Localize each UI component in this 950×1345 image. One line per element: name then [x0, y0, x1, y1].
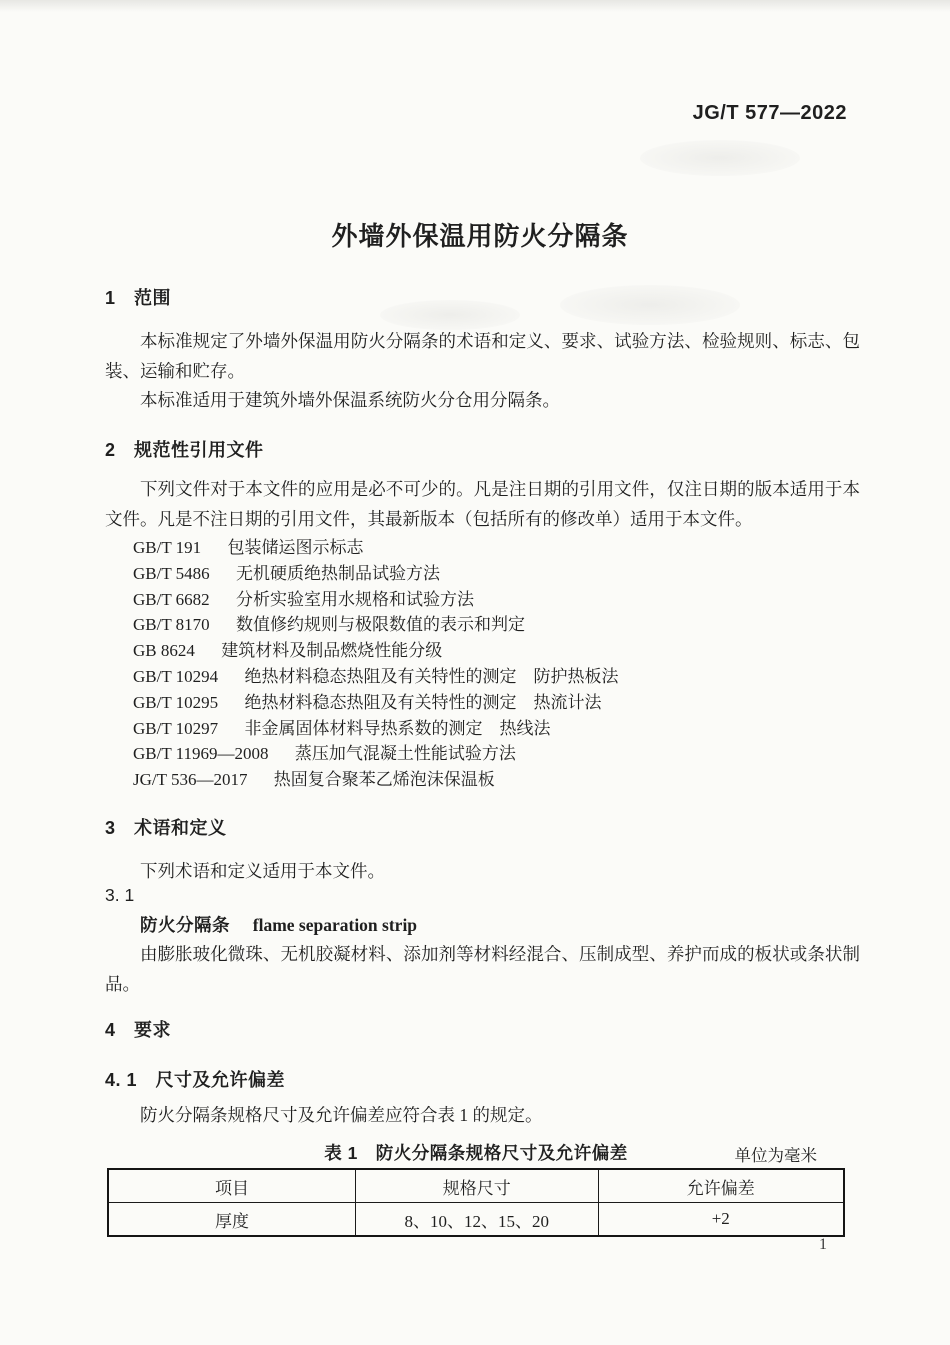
section-3-heading: 3 术语和定义	[105, 814, 227, 840]
spec-table: 项目 规格尺寸 允许偏差 厚度 8、10、12、15、20 +2	[107, 1168, 845, 1237]
page-number: 1	[105, 1236, 855, 1254]
reference-item: GB/T 8170数值修约规则与极限数值的表示和判定	[105, 612, 860, 638]
reference-item: GB/T 6682分析实验室用水规格和试验方法	[105, 587, 860, 613]
reference-code: GB/T 10294	[133, 667, 218, 686]
references-list: GB/T 191包装储运图示标志 GB/T 5486无机硬质绝热制品试验方法 G…	[105, 535, 860, 793]
reference-title: 无机硬质绝热制品试验方法	[236, 564, 440, 583]
document-page: JG/T 577—2022 外墙外保温用防火分隔条 1 范围 本标准规定了外墙外…	[0, 0, 950, 1345]
reference-title: 绝热材料稳态热阻及有关特性的测定 热流计法	[245, 693, 602, 712]
reference-code: GB/T 10297	[133, 719, 218, 738]
reference-code: GB 8624	[133, 641, 195, 660]
page-content: JG/T 577—2022 外墙外保温用防火分隔条 1 范围 本标准规定了外墙外…	[105, 0, 855, 1345]
section-2-paragraph-1: 下列文件对于本文件的应用是必不可少的。凡是注日期的引用文件，仅注日期的版本适用于…	[105, 475, 860, 534]
reference-code: GB/T 8170	[133, 615, 210, 634]
reference-title: 非金属固体材料导热系数的测定 热线法	[245, 719, 551, 738]
reference-title: 热固复合聚苯乙烯泡沫保温板	[274, 770, 495, 789]
reference-title: 数值修约规则与极限数值的表示和判定	[236, 615, 525, 634]
reference-title: 包装储运图示标志	[228, 538, 364, 557]
reference-title: 蒸压加气混凝土性能试验方法	[295, 744, 516, 763]
table-row: 厚度 8、10、12、15、20 +2	[108, 1203, 844, 1237]
clause-3-1-number: 3. 1	[105, 885, 134, 906]
term-definition: 由膨胀玻化微珠、无机胶凝材料、添加剂等材料经混合、压制成型、养护而成的板状或条状…	[105, 940, 860, 999]
term-chinese: 防火分隔条	[140, 915, 230, 935]
section-4-1-heading: 4. 1 尺寸及允许偏差	[105, 1066, 285, 1092]
reference-item: GB/T 5486无机硬质绝热制品试验方法	[105, 561, 860, 587]
reference-code: JG/T 536—2017	[133, 770, 247, 789]
reference-title: 绝热材料稳态热阻及有关特性的测定 防护热板法	[245, 667, 619, 686]
reference-item: GB 8624建筑材料及制品燃烧性能分级	[105, 638, 860, 664]
table-cell: 厚度	[108, 1203, 355, 1237]
reference-item: GB/T 10294绝热材料稳态热阻及有关特性的测定 防护热板法	[105, 664, 860, 690]
term-english: flame separation strip	[253, 915, 417, 935]
table-header-row: 项目 规格尺寸 允许偏差	[108, 1169, 844, 1203]
section-2-heading: 2 规范性引用文件	[105, 436, 264, 462]
section-3-paragraph-1: 下列术语和定义适用于本文件。	[105, 857, 860, 887]
reference-item: GB/T 191包装储运图示标志	[105, 535, 860, 561]
term-line: 防火分隔条flame separation strip	[105, 912, 417, 937]
table-header-cell: 规格尺寸	[355, 1169, 598, 1203]
table-1-caption-row: 表 1 防火分隔条规格尺寸及允许偏差 单位为毫米	[105, 1140, 847, 1166]
section-1-paragraph-1: 本标准规定了外墙外保温用防火分隔条的术语和定义、要求、试验方法、检验规则、标志、…	[105, 327, 860, 386]
reference-item: GB/T 10295绝热材料稳态热阻及有关特性的测定 热流计法	[105, 690, 860, 716]
reference-title: 建筑材料及制品燃烧性能分级	[221, 641, 442, 660]
doc-number: JG/T 577—2022	[105, 102, 855, 125]
section-1-paragraph-2: 本标准适用于建筑外墙外保温系统防火分仓用分隔条。	[105, 386, 860, 416]
reference-code: GB/T 6682	[133, 590, 210, 609]
table-cell: 8、10、12、15、20	[355, 1203, 598, 1237]
reference-code: GB/T 11969—2008	[133, 744, 269, 763]
table-header-cell: 项目	[108, 1169, 355, 1203]
table-unit-note: 单位为毫米	[735, 1142, 818, 1166]
document-title: 外墙外保温用防火分隔条	[105, 216, 855, 253]
reference-code: GB/T 191	[133, 538, 201, 557]
reference-item: GB/T 11969—2008蒸压加气混凝土性能试验方法	[105, 741, 860, 767]
reference-code: GB/T 10295	[133, 693, 218, 712]
reference-title: 分析实验室用水规格和试验方法	[236, 590, 474, 609]
reference-code: GB/T 5486	[133, 564, 210, 583]
table-header-cell: 允许偏差	[598, 1169, 844, 1203]
reference-item: GB/T 10297非金属固体材料导热系数的测定 热线法	[105, 716, 860, 742]
reference-item: JG/T 536—2017热固复合聚苯乙烯泡沫保温板	[105, 767, 860, 793]
section-1-heading: 1 范围	[105, 284, 171, 310]
section-4-heading: 4 要求	[105, 1016, 171, 1042]
section-4-paragraph-1: 防火分隔条规格尺寸及允许偏差应符合表 1 的规定。	[105, 1101, 860, 1131]
table-cell: +2	[598, 1203, 844, 1237]
